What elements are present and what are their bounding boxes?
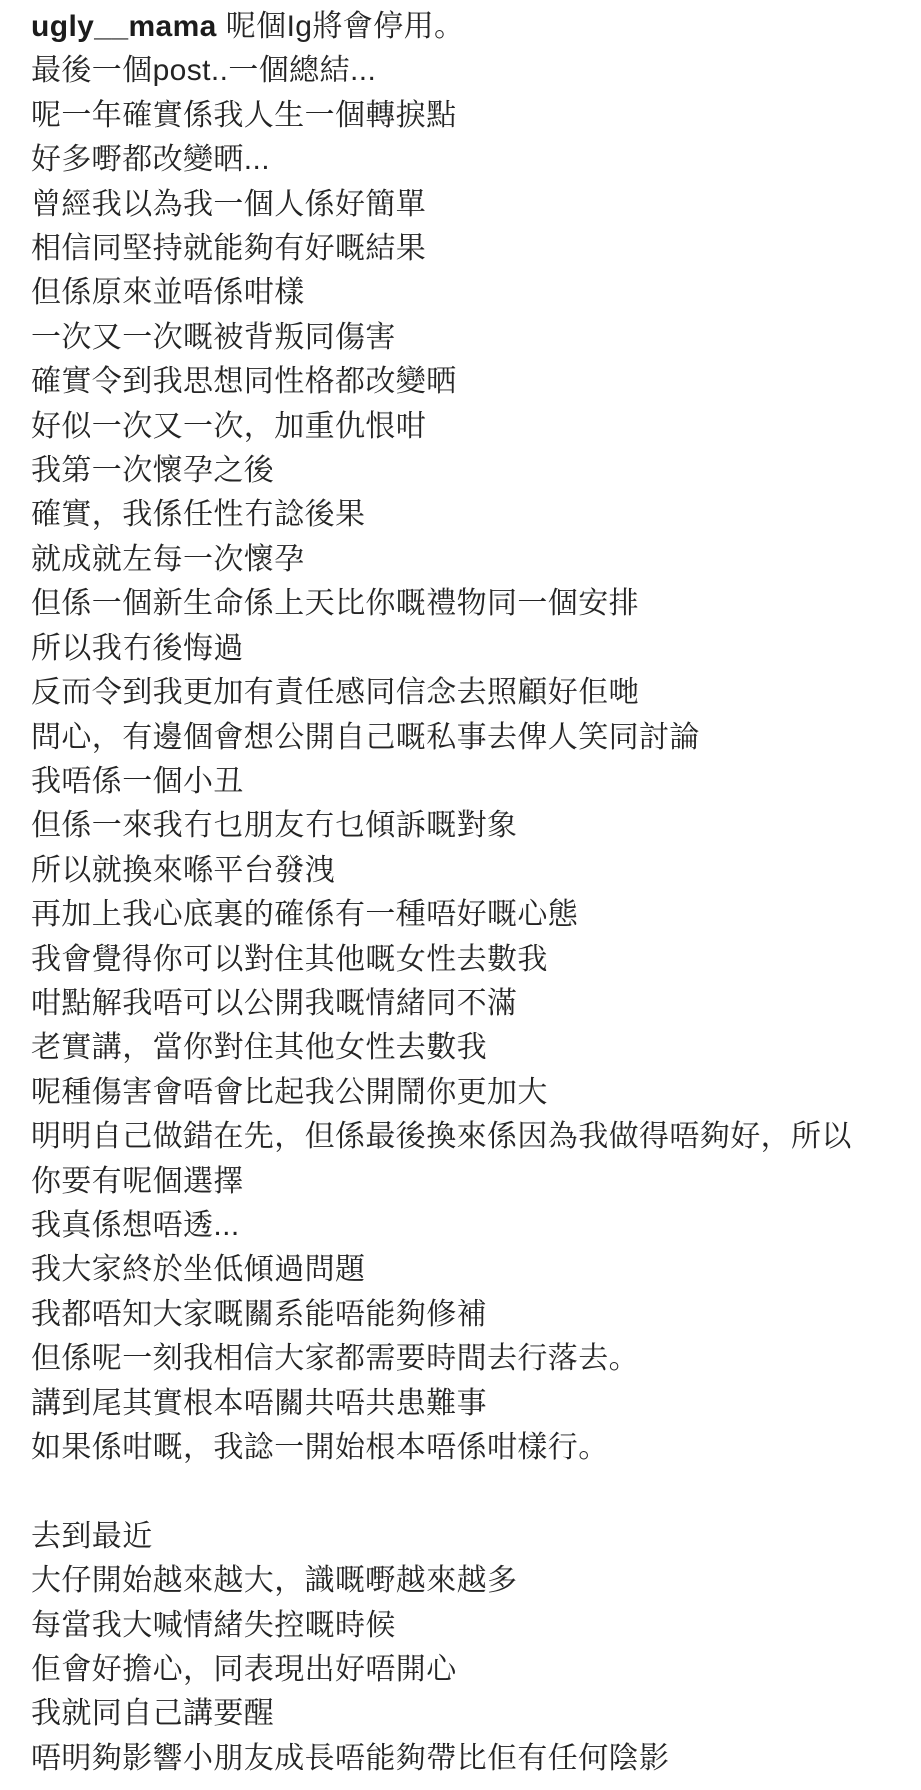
post-line: 所以就換來喺平台發洩 [31,849,901,893]
post-line: 曾經我以為我一個人係好簡單 [31,183,901,227]
post-first-line: ugly__mama呢個Ig將會停用。 [31,5,901,49]
post-line: 去到最近 [31,1515,901,1559]
post-line: 我大家終於坐低傾過問題 [31,1248,901,1292]
post-line: 我真係想唔透... [31,1204,901,1248]
post-line: 呢一年確實係我人生一個轉捩點 [31,94,901,138]
post-line: 老實講，當你對住其他女性去數我 [31,1026,901,1070]
post-line: 確實，我係任性冇諗後果 [31,493,901,537]
username-link[interactable]: ugly__mama [31,10,217,43]
post-line: 但係原來並唔係咁樣 [31,271,901,315]
post-line: 我第一次懷孕之後 [31,449,901,493]
post-line: 明明自己做錯在先，但係最後換來係因為我做得唔夠好，所以 [31,1115,901,1159]
post-line: 確實令到我思想同性格都改變晒 [31,360,901,404]
post-line: 但係一個新生命係上天比你嘅禮物同一個安排 [31,582,901,626]
post-body: 最後一個post..一個總結...呢一年確實係我人生一個轉捩點好多嘢都改變晒..… [31,49,901,1781]
post-line: 你要有呢個選擇 [31,1160,901,1204]
post-line: 大仔開始越來越大，識嘅嘢越來越多 [31,1559,901,1603]
post-line: 我唔係一個小丑 [31,760,901,804]
post-line: 反而令到我更加有責任感同信念去照顧好佢哋 [31,671,901,715]
post-line: 咁點解我唔可以公開我嘅情緒同不滿 [31,982,901,1026]
post-line: 好似一次又一次，加重仇恨咁 [31,405,901,449]
post-line: 好多嘢都改變晒... [31,138,901,182]
post-line: 我都唔知大家嘅關系能唔能夠修補 [31,1293,901,1337]
post-line: 就成就左每一次懷孕 [31,538,901,582]
post-line: 相信同堅持就能夠有好嘅結果 [31,227,901,271]
post-line: 問心，有邊個會想公開自己嘅私事去俾人笑同討論 [31,716,901,760]
post-line: 再加上我心底裏的確係有一種唔好嘅心態 [31,893,901,937]
post-first-line-text: 呢個Ig將會停用。 [226,10,465,43]
post-line: 佢會好擔心，同表現出好唔開心 [31,1648,901,1692]
post-line: 我就同自己講要醒 [31,1692,901,1736]
post-line: 唔明夠影響小朋友成長唔能夠帶比佢有任何陰影 [31,1737,901,1781]
post-line: 如果係咁嘅，我諗一開始根本唔係咁樣行。 [31,1426,901,1470]
post-line: 講到尾其實根本唔關共唔共患難事 [31,1382,901,1426]
post-line: 最後一個post..一個總結... [31,49,901,93]
post-line: 但係呢一刻我相信大家都需要時間去行落去。 [31,1337,901,1381]
post-line: 每當我大喊情緒失控嘅時候 [31,1604,901,1648]
blank-line [31,1470,901,1514]
post-caption: ugly__mama呢個Ig將會停用。 最後一個post..一個總結...呢一年… [0,0,921,1781]
post-line: 一次又一次嘅被背叛同傷害 [31,316,901,360]
post-line: 但係一來我冇乜朋友冇乜傾訴嘅對象 [31,804,901,848]
post-line: 呢種傷害會唔會比起我公開鬧你更加大 [31,1071,901,1115]
post-line: 所以我冇後悔過 [31,627,901,671]
post-line: 我會覺得你可以對住其他嘅女性去數我 [31,938,901,982]
